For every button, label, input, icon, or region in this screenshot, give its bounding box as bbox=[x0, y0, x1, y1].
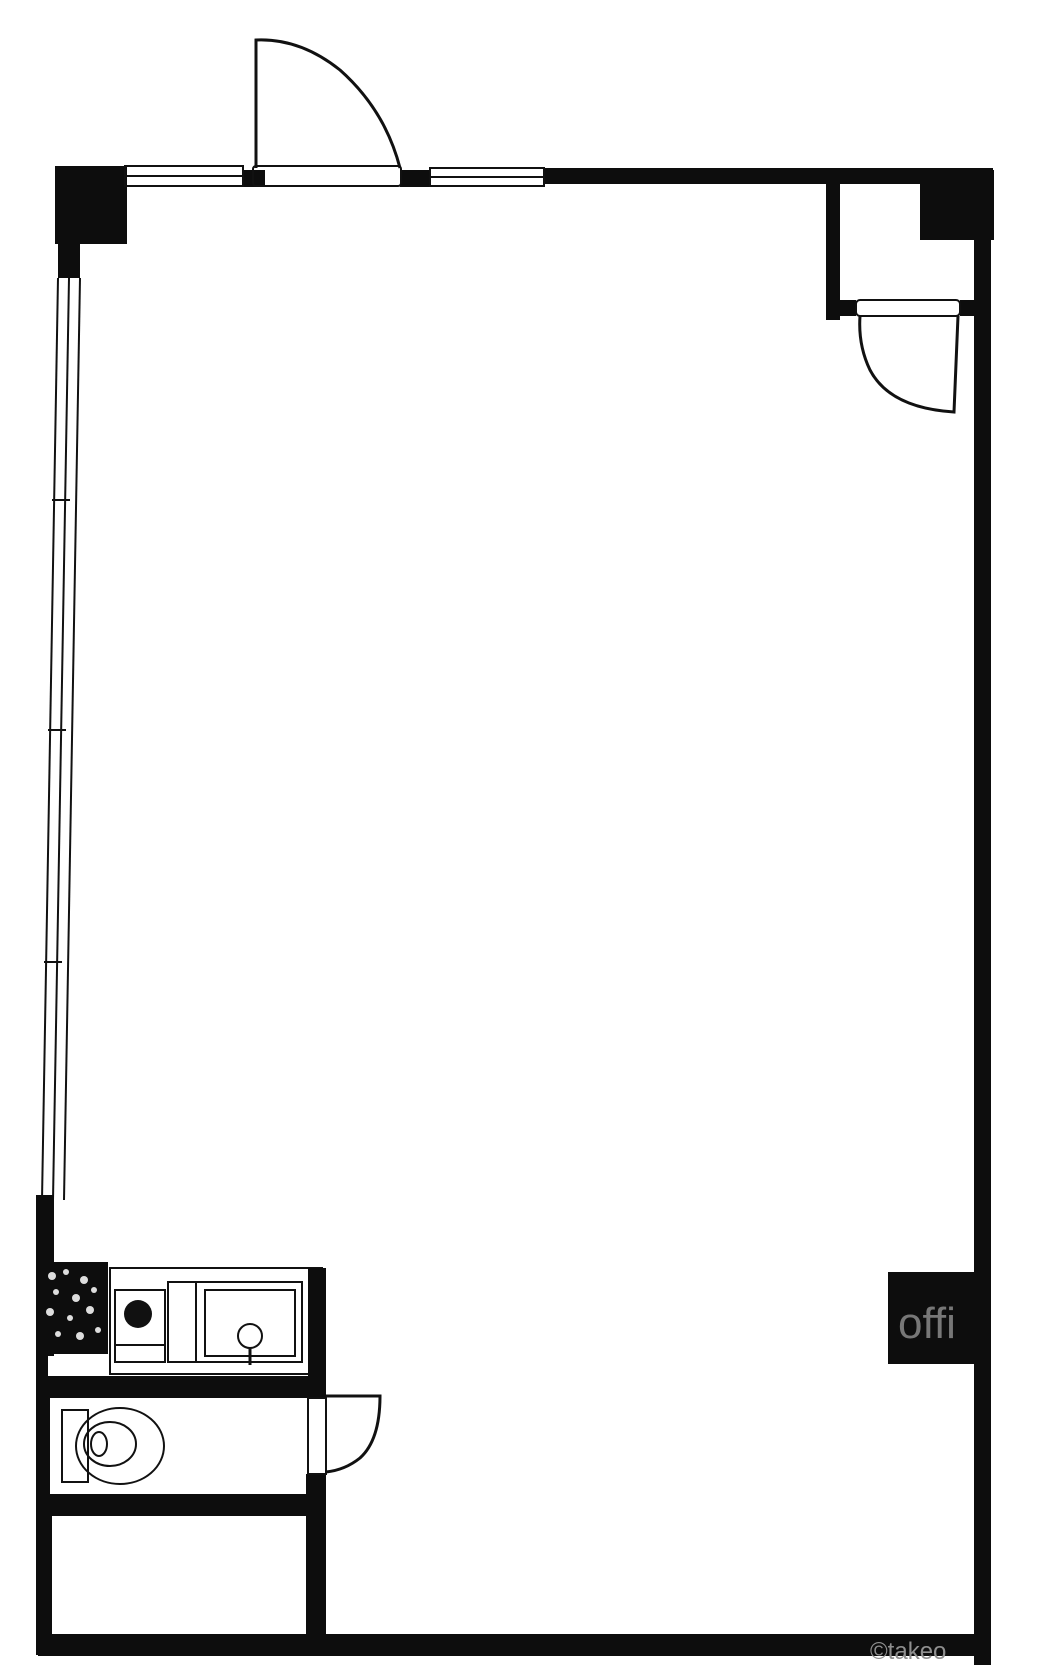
burner-icon bbox=[124, 1300, 152, 1328]
left-wall-upper bbox=[58, 240, 80, 278]
storage-room bbox=[52, 1516, 306, 1634]
bottom-wall bbox=[38, 1634, 991, 1656]
right-column bbox=[888, 1272, 978, 1364]
right-wall bbox=[974, 170, 991, 1665]
pipe-shaft bbox=[40, 1262, 108, 1376]
floor-plan bbox=[0, 0, 1042, 1676]
entrance-door[interactable] bbox=[253, 40, 401, 186]
